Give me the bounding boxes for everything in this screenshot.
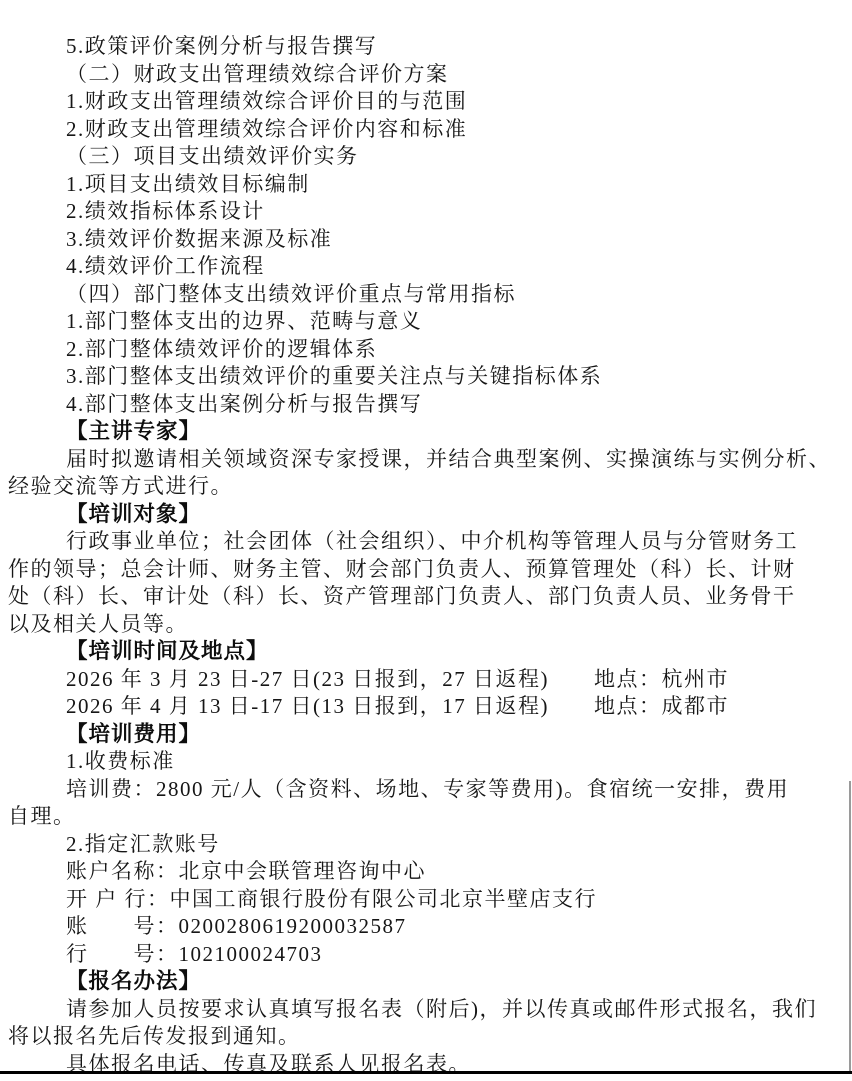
document-line: 2.绩效指标体系设计 xyxy=(8,198,848,226)
document-line: 3.绩效评价数据来源及标准 xyxy=(8,226,848,254)
section-heading: 【报名办法】 xyxy=(8,968,848,996)
document-line: 账户名称：北京中会联管理咨询中心 xyxy=(8,858,848,886)
section-heading: 【培训对象】 xyxy=(8,501,848,529)
document-page: 5.政策评价案例分析与报告撰写（二）财政支出管理绩效综合评价方案1.财政支出管理… xyxy=(0,0,852,1081)
document-line: 将以报名先后传发报到通知。 xyxy=(8,1023,848,1051)
document-line: 请参加人员按要求认真填写报名表（附后)，并以传真或邮件形式报名，我们 xyxy=(8,996,848,1024)
document-line: 2.指定汇款账号 xyxy=(8,831,848,859)
section-heading: 【培训费用】 xyxy=(8,721,848,749)
document-line: 开 户 行：中国工商银行股份有限公司北京半壁店支行 xyxy=(8,886,848,914)
document-body: 5.政策评价案例分析与报告撰写（二）财政支出管理绩效综合评价方案1.财政支出管理… xyxy=(8,33,848,1078)
page-right-edge-line xyxy=(849,781,851,1071)
document-line: 3.部门整体支出绩效评价的重要关注点与关键指标体系 xyxy=(8,363,848,391)
document-line: 行 号：102100024703 xyxy=(8,941,848,969)
section-heading: 【培训时间及地点】 xyxy=(8,638,848,666)
document-line: （四）部门整体支出绩效评价重点与常用指标 xyxy=(8,281,848,309)
document-line: 1.收费标准 xyxy=(8,748,848,776)
document-line: 经验交流等方式进行。 xyxy=(8,473,848,501)
document-line: 2026 年 4 月 13 日-17 日(13 日报到，17 日返程) 地点：成… xyxy=(8,693,848,721)
document-line: （二）财政支出管理绩效综合评价方案 xyxy=(8,61,848,89)
document-line: 4.部门整体支出案例分析与报告撰写 xyxy=(8,391,848,419)
document-line: 处（科）长、审计处（科）长、资产管理部门负责人、部门负责人员、业务骨干 xyxy=(8,583,848,611)
document-line: 2026 年 3 月 23 日-27 日(23 日报到，27 日返程) 地点：杭… xyxy=(8,666,848,694)
document-line: 以及相关人员等。 xyxy=(8,611,848,639)
document-line: 届时拟邀请相关领域资深专家授课，并结合典型案例、实操演练与实例分析、 xyxy=(8,446,848,474)
document-line: 账 号：0200280619200032587 xyxy=(8,913,848,941)
page-bottom-rule xyxy=(0,1071,852,1074)
section-heading: 【主讲专家】 xyxy=(8,418,848,446)
document-line: 2.财政支出管理绩效综合评价内容和标准 xyxy=(8,116,848,144)
document-line: 作的领导；总会计师、财务主管、财会部门负责人、预算管理处（科）长、计财 xyxy=(8,556,848,584)
document-line: 4.绩效评价工作流程 xyxy=(8,253,848,281)
document-line: 1.财政支出管理绩效综合评价目的与范围 xyxy=(8,88,848,116)
document-line: 行政事业单位；社会团体（社会组织）、中介机构等管理人员与分管财务工 xyxy=(8,528,848,556)
document-line: 5.政策评价案例分析与报告撰写 xyxy=(8,33,848,61)
document-line: 1.项目支出绩效目标编制 xyxy=(8,171,848,199)
document-line: 培训费：2800 元/人（含资料、场地、专家等费用)。食宿统一安排，费用 xyxy=(8,776,848,804)
document-line: 1.部门整体支出的边界、范畴与意义 xyxy=(8,308,848,336)
document-line: 2.部门整体绩效评价的逻辑体系 xyxy=(8,336,848,364)
document-line: 自理。 xyxy=(8,803,848,831)
document-line: （三）项目支出绩效评价实务 xyxy=(8,143,848,171)
